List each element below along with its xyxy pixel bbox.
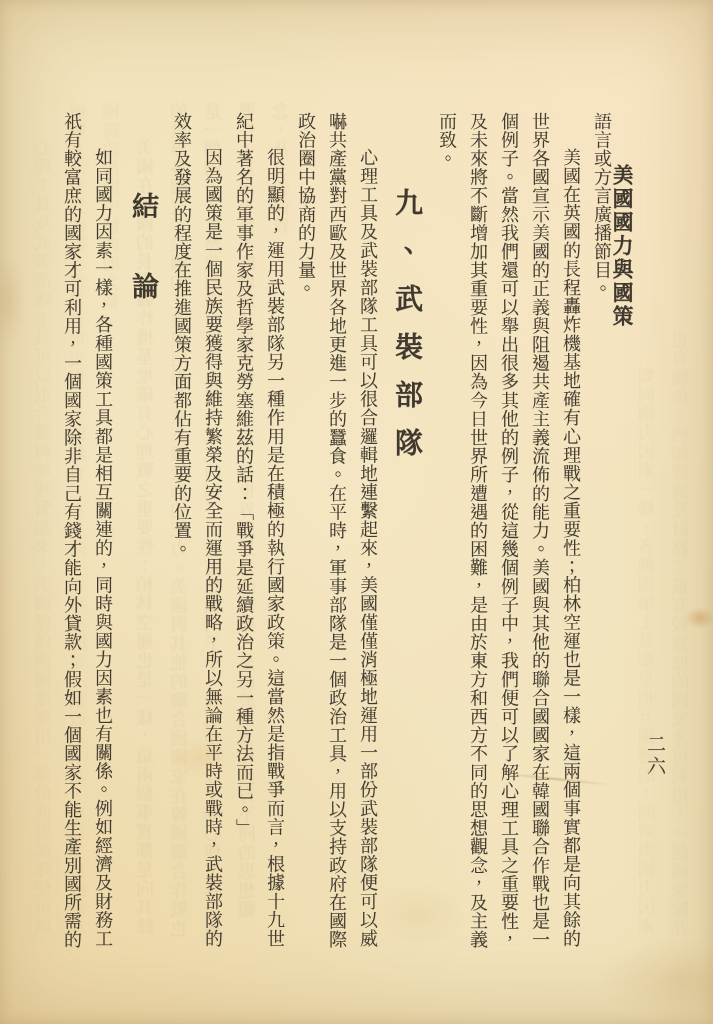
book-page: 美國在英國的長程轟炸機基地確有心理戰之重要性；柏林空運也是一樣，這兩個事實都是向… (0, 0, 713, 1024)
bleed-through-text: 如同國力因素一樣，各種國策工具都是相互關連的，同時與國力因素也有關係。例如經濟及… (631, 330, 701, 950)
armed-forces-paragraph: 心理工具及武裝部隊工具可以很合邏輯地連繫起來，美國僅僅消極地運用一部份武裝部隊便… (290, 112, 383, 958)
section-heading-conclusion: 結 論 (123, 112, 161, 958)
section-heading-armed-forces: 九、武裝部隊 (388, 112, 426, 958)
paragraph-continuation: 語言或方言廣播節目。 (586, 112, 617, 958)
page-number: 二六 (642, 734, 669, 778)
armed-forces-paragraph: 很明顯的，運用武裝部隊另一種作用是在積極的執行國家政策。這當然是指戰爭而言，根據… (228, 112, 290, 958)
page-body: 語言或方言廣播節目。 美國在英國的長程轟炸機基地確有心理戰之重要性；柏林空運也是… (56, 112, 617, 958)
intro-paragraph: 美國在英國的長程轟炸機基地確有心理戰之重要性；柏林空運也是一樣，這兩個事實都是向… (431, 112, 586, 958)
armed-forces-paragraph: 因為國策是一個民族要獲得與維持繁榮及安全而運用的戰略，所以無論在平時或戰時，武裝… (166, 112, 228, 958)
conclusion-paragraph: 如同國力因素一樣，各種國策工具都是相互關連的，同時與國力因素也有關係。例如經濟及… (56, 112, 118, 958)
